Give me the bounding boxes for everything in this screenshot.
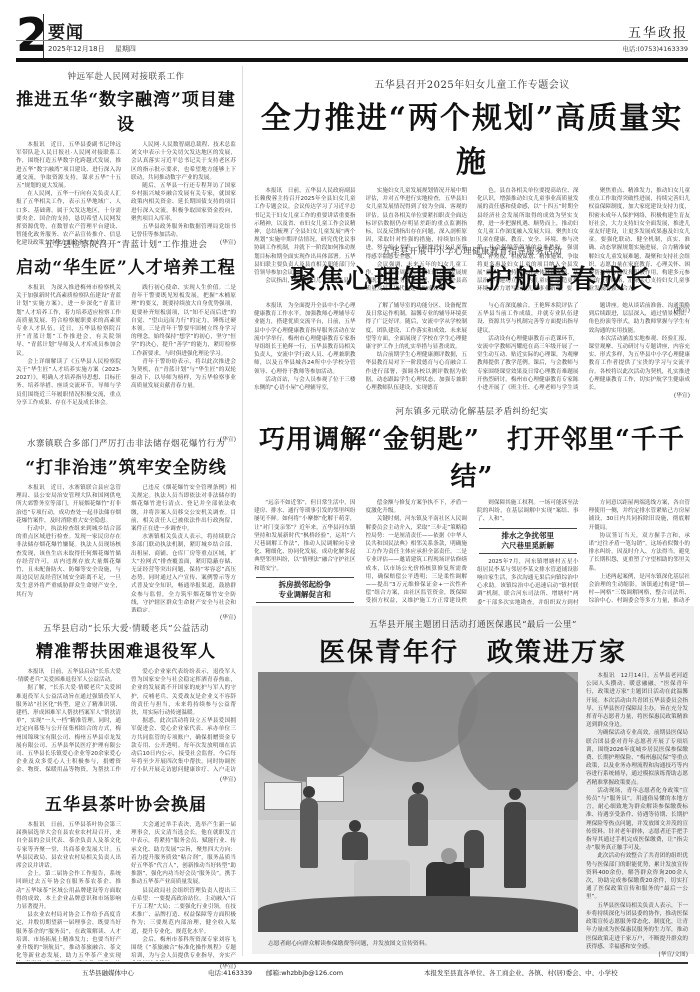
paper-name: 五华政报 xyxy=(628,22,688,41)
article-kicker: 五华县开展主题团日活动打通医保惠民“最后一公里” xyxy=(252,618,694,630)
paragraph: 本报讯 近日，水寨镇联合县应急管理局、县公安局治安管理大队和国网供电所大郊警务室… xyxy=(16,484,121,525)
paragraph: 偿金额与修复方案争执不下，矛盾一度激化升级。 xyxy=(366,499,468,515)
paragraph: “远亲不如近邻”，但日常生活中，因建房、排水、通行等琐事引发的邻里纠纷屡见不鲜。… xyxy=(254,499,356,573)
paragraph: 本报讯 近日，五华县委副书记钟远军带队赴人民日报社·人民网对接联系工作，围绕打造… xyxy=(16,141,121,190)
text-column: 本报讯 12月14日，五华县老河道公园人头攒动、暖意融融，“医保青年行，政策进万… xyxy=(586,672,688,959)
paragraph: 践行初心使命、实现人生价值。二是青年干警要既见短板发展，把握“木桶原理”的要义，… xyxy=(131,284,236,358)
text-column: 了解了辅导室的功能分区、设备配置及日常运作机制，温馨专业的辅导环境获得了广泛好评… xyxy=(366,302,468,390)
feature-body: 本报讯 12月14日，五华县老河道公园人头攒动、暖意融融，“医保青年行，政策进万… xyxy=(586,672,688,959)
article-headline: “打非治违”筑牢安全防线 xyxy=(16,453,236,478)
text-column: 本报讯 近日，五华县委副书记钟远军带队赴人民日报社·人民网对接联系工作，围绕打造… xyxy=(16,141,121,248)
footer-phone: 电话:4163339 xyxy=(208,968,252,977)
paragraph: 五华县政务服务和数据管理局党组书记曾佳等参加活动。 xyxy=(131,223,236,239)
paragraph: 方同意以距屋两端选线方案，各自管理使用一侧，并约定排水管紧贴己方房屋铺设，30日… xyxy=(589,499,691,532)
paragraph: 活动现场，青年志愿者化身政策“宣传员”与“服务员”，用通俗易懂的本地方言，耐心细… xyxy=(586,787,688,853)
paragraph: 会后，梅州市茶科所资深专家刘容飞围绕《“茶旅融合”标准化操作规程》专题培训，为与… xyxy=(131,936,236,961)
article-kicker: 五华县启动“长乐大爱·情暖老兵”公益活动 xyxy=(16,622,236,634)
paragraph: 行动中，执法检查组来到城乡结合部的重点区域进行检查。发现一家民房存在非法储存烟花… xyxy=(16,525,121,599)
article-kicker: 五华县召开2025年妇女儿童工作专题会议 xyxy=(254,76,690,91)
paragraph: 题讲座。她从谈话前准备、沟通策略到后续跟进，层层深入，通过情景模拟、角色扮演等形… xyxy=(589,302,691,335)
article-body: 本报讯 为全面提升全县中小学心理健康教育工作水平，加强教师心理辅导专业能力，搭建… xyxy=(254,302,690,390)
article-digital-bay[interactable]: 钟远军赴人民网对接联系工作 推进五华“数字融湾”项目建设 本报讯 近日，五华县委… xyxy=(16,70,236,248)
paragraph: 五华县医保局相关负责人表示，下一步将持续深化与团县委的协作，推动医保政策宣传志愿… xyxy=(586,902,688,951)
article-headline: 精准帮扶困难退役军人 xyxy=(16,637,236,662)
byline: (华宣) xyxy=(254,390,690,399)
paragraph: 本报讯 日前，五华县茶叶协会第三届换届选举大会在县农业农村局召开，来自全县的会员… xyxy=(16,821,121,870)
text-column: 人民网·人民数智副总裁程、技术总监刘文申表示十分关切欠发达地区的发展，会认真落实… xyxy=(131,141,236,248)
footer-email[interactable]: 邮箱:whzbbjb@126.com xyxy=(266,968,343,977)
date-line: 2025年12月18日 星期四 xyxy=(48,44,144,54)
article-talent-program[interactable]: 五华县检察院召开“青蓝计划”工作推进会 启动“华生匠”人才培养工程 本报讯 为深… xyxy=(16,238,236,443)
masthead-divider xyxy=(43,14,44,58)
photo-caption: 志愿者耐心向群众解读参保缴费等问题，并发放图文宣传资料。 xyxy=(268,938,430,947)
article-body: 本报讯 近日，水寨镇联合县应急管理局、县公安局治安管理大队和国网供电所大郊警务室… xyxy=(16,484,236,612)
article-kicker: 五华县检察院召开“青蓝计划”工作推进会 xyxy=(16,238,236,250)
article-body: 本报讯 近日，五华县委副书记钟远军带队赴人民日报社·人民网对接联系工作，围绕打造… xyxy=(16,141,236,248)
paragraph: 会上详细解读了《五华县人民检察院关于“华生匠”人才培养实施方案（2023-202… xyxy=(16,358,121,407)
paragraph: 水寨镇相关负责人表示，将持续联合多部门联动执法机制，紧盯城乡结合部、出租屋、商铺… xyxy=(131,533,236,612)
text-column: 践行初心使命、实现人生价值。二是青年干警要既见短板发展，把握“木桶原理”的要义，… xyxy=(131,284,236,434)
footer-distribution: 本报发至县直各单位、各工商企业、各镇、村(居)委会、中、小学校 xyxy=(424,968,618,977)
paragraph: 县农业农村局对协会工作给予高度肯定，并殷切期望新一届理事会，既要当好服务茶企的“… xyxy=(16,911,121,961)
article-headline: 医保青年行 政策进万家 xyxy=(252,632,694,669)
text-column: 题讲座。她从谈话前准备、沟通策略到后续跟进，层层深入，通过情景模拟、角色扮演等形… xyxy=(589,302,691,390)
text-column: 本报讯 近日，水寨镇联合县应急管理局、县公安局治安管理大队和国网供电所大郊警务室… xyxy=(16,484,121,612)
footer-publisher: 五华县融媒体中心 xyxy=(82,968,134,977)
photo-shrubs xyxy=(258,896,578,932)
article-kicker: 水寨镇联合多部门严厉打击非法储存烟花爆竹行为 xyxy=(16,437,236,449)
column-divider xyxy=(242,66,243,956)
paragraph: 协议签订当天，双方握手言和，承诺“过往矛盾一笔勾销”。这场看似微小的排水纠纷，因… xyxy=(589,532,691,573)
paragraph: 青年干警纷纷表示，将以此次推进会为契机，在“青蓝计划”与“华生匠”的双轮驱动下，… xyxy=(131,358,236,391)
article-tea-association[interactable]: 五华县茶叶协会换届 本报讯 日前，五华县茶叶协会第三届换届选举大会在县农业农村局… xyxy=(16,790,236,970)
byline: (华宣) xyxy=(16,612,236,621)
paragraph: 活动首站，与会人员参观了位于三楼东侧的“心语小屋”心理辅导室， xyxy=(254,376,356,390)
subhead-line: 拆房损邻起纷争 xyxy=(256,580,354,590)
article-headline: 推进五华“数字融湾”项目建设 xyxy=(16,85,236,135)
article-subhead: 排水之争扰邻里 六尺巷里觅新解 xyxy=(479,528,577,554)
paragraph: 本报讯 为深入推进梅州市检察机关关于加强新时代高素质检察队伍建设“青蓝计划”实施… xyxy=(16,284,121,358)
article-headline: 五华县茶叶协会换届 xyxy=(16,790,236,815)
paragraph: 本报讯 为全面提升全县中小学心理健康教育工作水平，加强教师心理辅导专业能力，搭建… xyxy=(254,302,356,376)
article-fireworks-safety[interactable]: 水寨镇联合多部门严厉打击非法储存烟花爆竹行为 “打非治违”筑牢安全防线 本报讯 … xyxy=(16,437,236,621)
paragraph: 随后，五华县一行还专程拜访了国家乡村振兴城乡融合发展有关专家，就国家政策内相关资… xyxy=(131,182,236,223)
paragraph: 为确保活动专业高效，前期县医保局联合团县委对青年志愿者开展了专项培训，围绕202… xyxy=(586,729,688,786)
paragraph: 与心育深度融合。王艳辉本院评估了五华县当前工作成绩，并就专业队伍建设、资源共享与… xyxy=(477,302,579,335)
subhead-line: 排水之争扰邻里 xyxy=(479,531,577,541)
masthead: 2 要闻 2025年12月18日 星期四 五华政报 电话:(0753)41633… xyxy=(0,0,700,62)
article-veterans-aid[interactable]: 五华县启动“长乐大爱·情暖老兵”公益活动 精准帮扶困难退役军人 本报讯 日前，五… xyxy=(16,622,236,783)
issue-date: 2025年12月18日 xyxy=(48,45,105,53)
photo-signboard xyxy=(264,782,302,810)
article-headline: 聚焦心理健康 护航青春成长 xyxy=(254,259,690,296)
paragraph: 活动设有心理健康教育示范课环节，安流中学教师冯耀庭在高三年级开展了一堂生动互动、… xyxy=(477,335,579,390)
masthead-thick-rule xyxy=(16,58,688,62)
text-column: 大会通过举手表决，选举产生新一届理事会，庆文清当选会长。他在就职发言中表示，将紧… xyxy=(131,821,236,961)
feature-medical-insurance[interactable]: 五华县开展主题团日活动打通医保惠民“最后一公里” 医保青年行 政策进万家 志愿者… xyxy=(252,606,694,954)
article-headline: 全力推进“两个规划”高质量实施 xyxy=(254,93,690,181)
article-subhead: 拆房损邻起纷争 专业调解促言和 xyxy=(256,577,354,603)
article-mental-health[interactable]: 五华县开展中小学心理健康教育指导服务活动 聚焦心理健康 护航青春成长 本报讯 为… xyxy=(254,245,690,399)
text-column: 本报讯 为深入推进梅州市检察机关关于加强新时代高素质检察队伍建设“青蓝计划”实施… xyxy=(16,284,121,434)
article-body: 本报讯 日前，五华县启动“长乐大爱·情暖老兵”关爱困难退役军人公益活动。 据了解… xyxy=(16,668,236,774)
paragraph: 已违反《烟花爆竹安全管理条例》相关规定。执法人员当即依法对非法储存的烟花爆竹进行… xyxy=(131,484,236,533)
paragraph: 本报讯 日前，五华县启动“长乐大爱·情暖老兵”关爱困难退役军人公益活动。 xyxy=(16,668,121,684)
news-photo[interactable] xyxy=(258,672,578,932)
paragraph: 本次活动涵盖实地参观、经验汇报、课堂观摩、互动研讨与专题讲座，内容充实、形式多样… xyxy=(589,335,691,390)
paragraph: 本报讯 12月14日，五华县老河道公园人头攒动、暖意融融，“医保青年行，政策进万… xyxy=(586,672,688,729)
paragraph: 此次活动有效整合了共青团的组织优势与医保部门的职能优势，累计发放宣传资料400余… xyxy=(586,852,688,901)
text-column: 与心育深度融合。王艳辉本院评估了五华县当前工作成绩，并就专业队伍建设、资源共享与… xyxy=(477,302,579,390)
paragraph: 据悉，此次活动将设立五华县爱国拥军促进会、爱心企业家代表、承办单位三方共同监管的… xyxy=(131,717,236,774)
paragraph: 县民政局社会组织管理负责人提出三点希望：一要提高政治站位，主动融入“百千万工程”… xyxy=(131,887,236,936)
article-kicker: 五华县开展中小学心理健康教育指导服务活动 xyxy=(254,245,690,257)
article-kicker: 钟远军赴人民网对接联系工作 xyxy=(16,70,236,82)
masthead-phone: 电话:(0753)4163339 xyxy=(622,44,688,53)
text-column: 本报讯 日前，五华县茶叶协会第三届换届选举大会在县农业农村局召开，来自全县的会员… xyxy=(16,821,121,961)
text-column: 本报讯 日前，五华县启动“长乐大爱·情暖老兵”关爱困难退役军人公益活动。 据了解… xyxy=(16,668,121,774)
article-body: 本报讯 日前，五华县茶叶协会第三届换届选举大会在县农业农村局召开，来自全县的会员… xyxy=(16,821,236,961)
article-body: 本报讯 为深入推进梅州市检察机关关于加强新时代高素质检察队伍建设“青蓝计划”实施… xyxy=(16,284,236,434)
text-column: 爱心企业家代表纷纷表示，退役军人曾为国家安全与社会稳定挥洒青春热血，企业的发展离… xyxy=(131,668,236,774)
article-kicker: 河东镇多元联动化解基层矛盾纠纷纪实 xyxy=(254,405,690,417)
paragraph: 关键时刻，河东镇及平南社区人民调解委员会主动介入，采取“三步走”策略稳控局势：一… xyxy=(366,515,468,613)
paragraph: 大会通过举手表决，选举产生新一届理事会，庆文清当选会长。他在就职发言中表示，将紧… xyxy=(131,821,236,887)
masthead-thin-rule xyxy=(16,40,688,41)
article-headline: 启动“华生匠”人才培养工程 xyxy=(16,253,236,278)
paragraph: 人民网·人民数智副总裁程、技术总监刘文申表示十分关切欠发达地区的发展，会认真落实… xyxy=(131,141,236,182)
text-column: 已违反《烟花爆竹安全管理条例》相关规定。执法人员当即依法对非法储存的烟花爆竹进行… xyxy=(131,484,236,612)
paragraph: 会上，第二届协会作工作报告，系统回顾过去五年协会在服务茶农茶企、推动“五华绿茶”… xyxy=(16,870,121,911)
paragraph: 则保障其施工权利。一场可能诉至法院的纠纷，在基层调解中实现“案结、事了、人和”。 xyxy=(477,499,579,524)
subhead-line: 六尺巷里觅新解 xyxy=(479,541,577,551)
subhead-line: 专业调解促言和 xyxy=(256,590,354,600)
footer-rule xyxy=(16,962,688,964)
paragraph: 结合前期学生心理健康测评数据，五华县教育局对下一阶段德育与心育融合工作进行部署，… xyxy=(366,351,468,390)
byline: (华宣) xyxy=(16,774,236,783)
article-headline: 巧用调解“金钥匙” 打开邻里“千千结” xyxy=(254,419,690,493)
issue-weekday: 星期四 xyxy=(115,45,136,53)
byline: (华宣/文图) xyxy=(586,951,688,959)
paragraph: 据了解，“长乐大爱·情暖老兵”关爱困难退役军人公益活动旨在通过强镇役军人服务站“… xyxy=(16,684,121,774)
paragraph: 了解了辅导室的功能分区、设备配置及日常运作机制，温馨专业的辅导环境获得了广泛好评… xyxy=(366,302,468,351)
text-column: 本报讯 为全面提升全县中小学心理健康教育工作水平，加强教师心理辅导专业能力，搭建… xyxy=(254,302,356,390)
paragraph: 爱心企业家代表纷纷表示，退役军人曾为国家安全与社会稳定挥洒青春热血，企业的发展离… xyxy=(131,668,236,717)
